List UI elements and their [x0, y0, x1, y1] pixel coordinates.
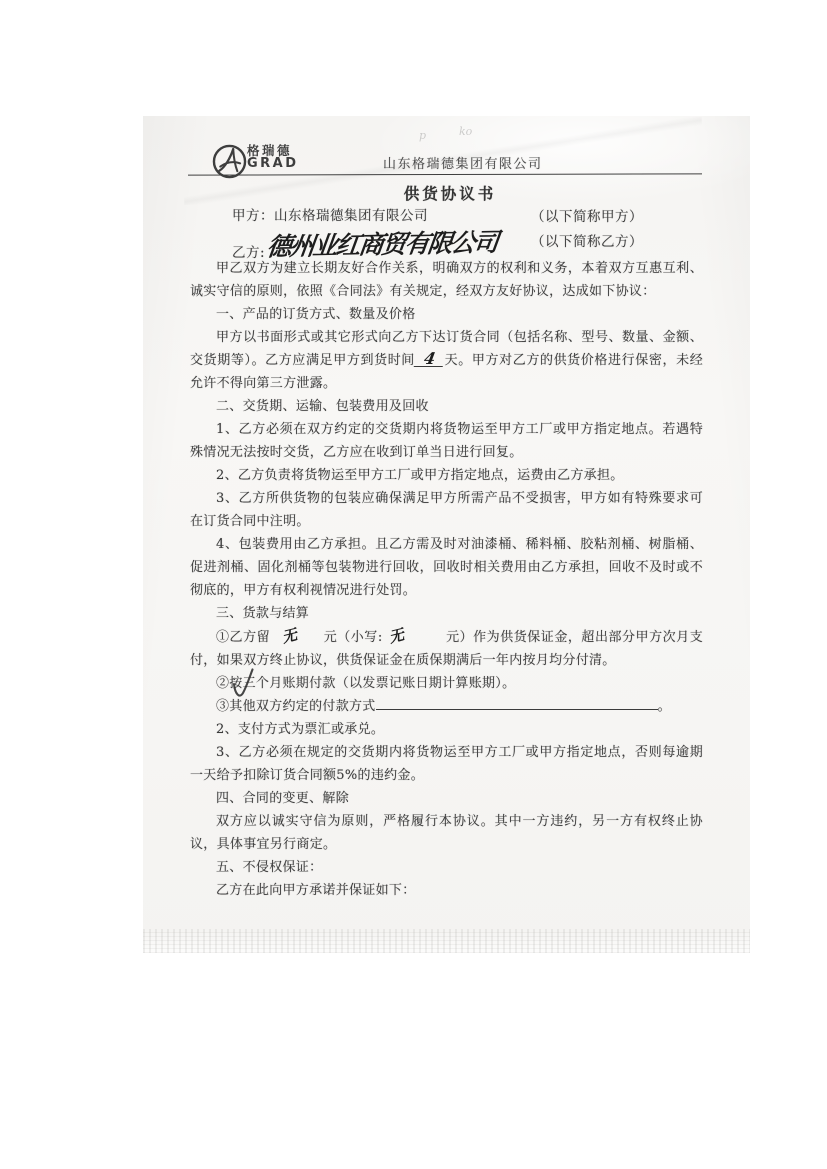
section-3-clause-payment-term: ②按三个月账期付款（以发票记账日期计算账期）。 — [190, 672, 703, 695]
party-b-alias: （以下简称乙方） — [531, 230, 643, 250]
section-3-clause-1: ①乙方留无元（小写:无元）作为供货保证金，超出部分甲方次月支付，如果双方终止协议… — [190, 625, 703, 672]
section-2-clause-3: 3、乙方所供货物的包装应确保满足甲方所需产品不受损害，甲方如有特殊要求可在订货合… — [190, 487, 703, 533]
agreement-body: 甲乙双方为建立长期友好合作关系，明确双方的权利和义务，本着双方互惠互利、诚实守信… — [190, 257, 703, 902]
blank-fill-line — [376, 696, 658, 710]
deposit-amount-small-handwritten: 无 — [386, 623, 406, 649]
party-b-row: 乙方:德州业红商贸有限公司 （以下简称乙方） — [190, 229, 703, 257]
section-2-clause-4: 4、包装费用由乙方承担。且乙方需及时对油漆桶、稀料桶、胶粘剂桶、树脂桶、促进剂桶… — [190, 533, 703, 602]
section-3-clause-2: 2、支付方式为票汇或承兑。 — [190, 718, 703, 741]
section-5-paragraph: 乙方在此向甲方承诺并保证如下： — [190, 879, 703, 902]
document-title: 供货协议书 — [190, 182, 710, 204]
logo-wordmark: 格瑞德 GRAD — [247, 144, 299, 171]
deposit-amount-handwritten: 无 — [280, 623, 300, 649]
section-5-heading: 五、不侵权保证： — [190, 856, 703, 879]
party-a-name: 甲方：山东格瑞德集团有限公司 — [232, 208, 428, 224]
logo-latin-name: GRAD — [247, 157, 299, 171]
header-company-name: 山东格瑞德集团有限公司 — [383, 153, 543, 172]
clause-text: ②按三个月账期付款（以发票记账日期计算账期）。 — [216, 676, 515, 691]
section-3-clause-3: 3、乙方必须在规定的交货期内将货物运至甲方工厂或甲方指定地点，否则每逾期一天给予… — [190, 741, 703, 787]
header-divider — [188, 173, 702, 175]
pencil-scribble: p — [419, 129, 426, 142]
section-2-heading: 二、交货期、运输、包装费用及回收 — [190, 395, 703, 418]
handwritten-checkmark-icon — [204, 668, 230, 702]
party-a-alias: （以下简称甲方） — [531, 205, 643, 225]
grad-logo-icon — [211, 143, 248, 184]
scanned-document-page: p ko 格瑞德 GRAD 山东格瑞德集团有限公司 供货协议书 甲方：山东格瑞德… — [143, 116, 750, 953]
pencil-scribble: ko — [459, 125, 472, 138]
clause-text: 。 — [658, 699, 671, 714]
section-2-clause-2: 2、乙方负责将货物运至甲方工厂或甲方指定地点，运费由乙方承担。 — [190, 464, 703, 487]
section-1-paragraph: 甲方以书面形式或其它形式向乙方下达订货合同（包括名称、型号、数量、金额、交货期等… — [190, 326, 703, 395]
section-2-clause-1: 1、乙方必须在双方约定的交货期内将货物运至甲方工厂或甲方指定地点。若遇特殊情况无… — [190, 418, 703, 464]
parties-block: 甲方：山东格瑞德集团有限公司 （以下简称甲方） 乙方:德州业红商贸有限公司 （以… — [190, 204, 703, 257]
delivery-days-handwritten: 4 — [414, 352, 446, 367]
section-1-heading: 一、产品的订货方式、数量及价格 — [190, 303, 703, 326]
section-3-clause-other-payment: ③其他双方约定的付款方式。 — [190, 695, 703, 718]
section-3-heading: 三、货款与结算 — [190, 602, 703, 625]
clause-text: ①乙方留 — [216, 630, 270, 645]
section-4-heading: 四、合同的变更、解除 — [190, 787, 703, 810]
intro-paragraph: 甲乙双方为建立长期友好合作关系，明确双方的权利和义务，本着双方互惠互利、诚实守信… — [190, 257, 703, 303]
clause-text: 元（小写: — [323, 630, 382, 645]
section-4-paragraph: 双方应以诚实守信为原则，严格履行本协议。其中一方违约，另一方有权终止协议，具体事… — [190, 810, 703, 856]
